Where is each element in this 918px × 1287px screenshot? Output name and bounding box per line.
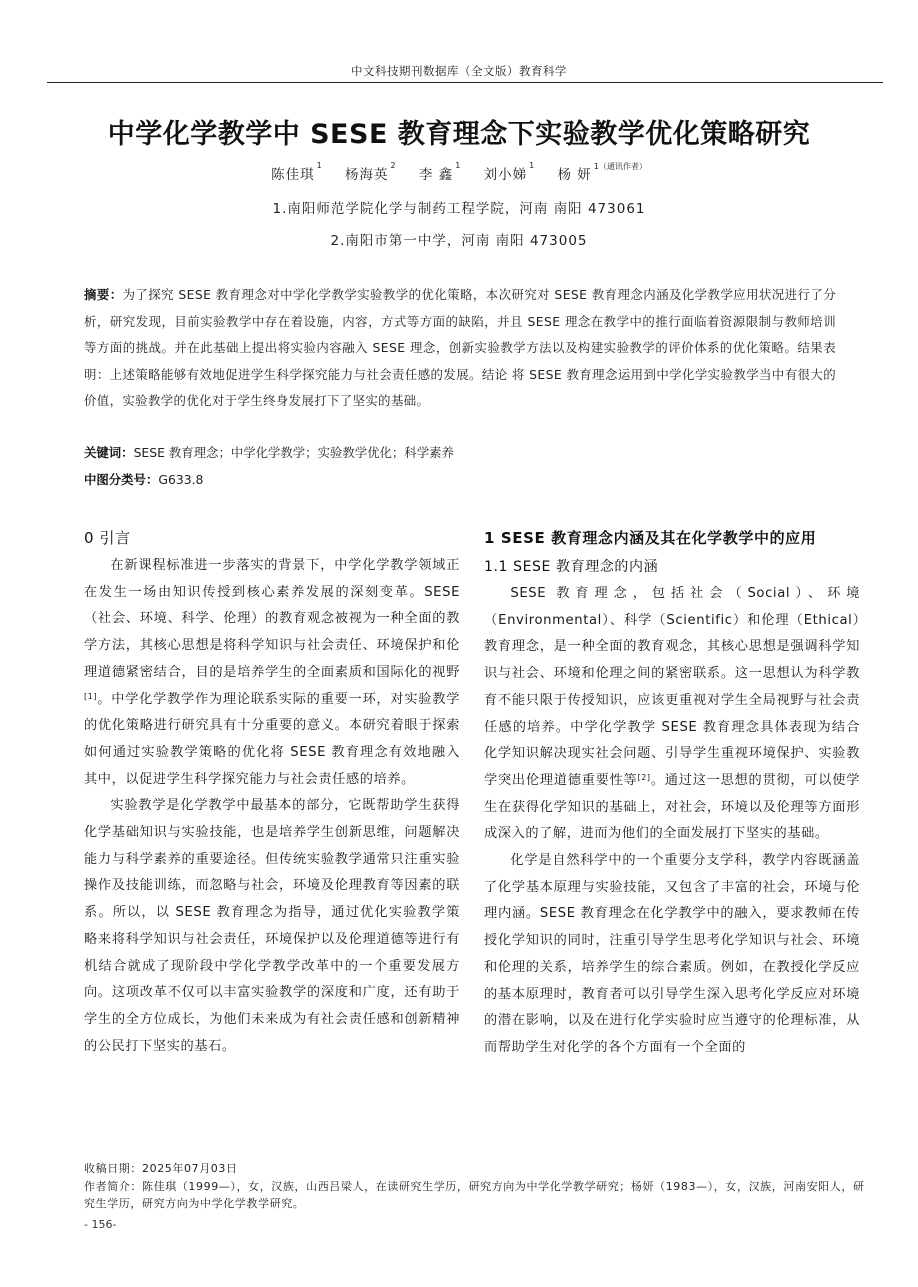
affiliation-2: 2.南阳市第一中学，河南 南阳 473005 bbox=[0, 229, 918, 249]
classification-number: 中图分类号：G633.8 bbox=[84, 470, 836, 488]
author: 杨 妍1（通讯作者） bbox=[557, 167, 646, 183]
author-affiliation-mark: 2 bbox=[391, 161, 396, 170]
author-affiliation-mark: 1 bbox=[529, 161, 534, 170]
author-intro-text: 陈佳琪（1999—），女，汉族，山西吕梁人，在读研究生学历，研究方向为中学化学教… bbox=[84, 1180, 865, 1211]
section-heading-1: 1 SESE 教育理念内涵及其在化学教学中的应用 bbox=[484, 525, 860, 551]
abstract-label: 摘要： bbox=[84, 287, 123, 302]
author-affiliation-mark: 1 bbox=[317, 161, 322, 170]
abstract: 摘要：为了探究 SESE 教育理念对中学化学教学实验教学的优化策略，本次研究对 … bbox=[84, 282, 836, 415]
paragraph-text: SESE 教育理念，包括社会（Social）、环境（Environmental）… bbox=[484, 586, 860, 788]
paragraph-text: 在新课程标准进一步落实的背景下，中学化学教学领域正在发生一场由知识传授到核心素养… bbox=[84, 558, 460, 680]
header-rule bbox=[47, 82, 883, 83]
keywords: 关键词：SESE 教育理念；中学化学教学；实验教学优化；科学素养 bbox=[84, 443, 836, 461]
received-date-line: 收稿日期：2025年07月03日 bbox=[84, 1160, 874, 1178]
author: 杨海英2 bbox=[345, 167, 396, 183]
author: 李 鑫1 bbox=[419, 167, 460, 183]
keywords-label: 关键词： bbox=[84, 445, 134, 460]
running-header: 中文科技期刊数据库（全文版）教育科学 bbox=[84, 63, 834, 79]
author-name: 陈佳琪 bbox=[271, 167, 315, 183]
left-column: 0 引言 在新课程标准进一步落实的背景下，中学化学教学领域正在发生一场由知识传授… bbox=[84, 525, 460, 1060]
received-label: 收稿日期： bbox=[84, 1162, 142, 1175]
citation-ref[interactable]: [1] bbox=[84, 692, 97, 701]
citation-ref[interactable]: [2] bbox=[638, 773, 651, 782]
paragraph-text: 。中学化学教学作为理论联系实际的重要一环，对实验教学的优化策略进行研究具有十分重… bbox=[84, 692, 460, 787]
author-list: 陈佳琪1 杨海英2 李 鑫1 刘小娣1 杨 妍1（通讯作者） bbox=[0, 163, 918, 183]
corresponding-author-mark: 1（通讯作者） bbox=[594, 162, 647, 171]
author-intro-line: 作者简介：陈佳琪（1999—），女，汉族，山西吕梁人，在读研究生学历，研究方向为… bbox=[84, 1178, 874, 1213]
page-number: - 156- bbox=[84, 1218, 116, 1231]
author: 刘小娣1 bbox=[484, 167, 535, 183]
received-date: 2025年07月03日 bbox=[142, 1162, 238, 1175]
author-affiliation-mark: 1 bbox=[455, 161, 460, 170]
author-intro-label: 作者简介： bbox=[84, 1180, 142, 1193]
author: 陈佳琪1 bbox=[271, 167, 322, 183]
classification-label: 中图分类号： bbox=[84, 472, 158, 487]
author-name: 刘小娣 bbox=[484, 167, 528, 183]
body-paragraph: 实验教学是化学教学中最基本的部分，它既帮助学生获得化学基础知识与实验技能，也是培… bbox=[84, 793, 460, 1060]
classification-value: G633.8 bbox=[158, 472, 203, 487]
author-name: 李 鑫 bbox=[419, 167, 453, 183]
body-paragraph: 化学是自然科学中的一个重要分支学科，教学内容既涵盖了化学基本原理与实验技能，又包… bbox=[484, 848, 860, 1062]
author-name: 杨海英 bbox=[345, 167, 389, 183]
section-heading-introduction: 0 引言 bbox=[84, 525, 460, 551]
footnote: 收稿日期：2025年07月03日 作者简介：陈佳琪（1999—），女，汉族，山西… bbox=[84, 1160, 874, 1213]
keywords-text: SESE 教育理念；中学化学教学；实验教学优化；科学素养 bbox=[134, 445, 454, 460]
right-column: 1 SESE 教育理念内涵及其在化学教学中的应用 1.1 SESE 教育理念的内… bbox=[484, 525, 860, 1062]
author-name: 杨 妍 bbox=[557, 167, 591, 183]
paper-title: 中学化学教学中 SESE 教育理念下实验教学优化策略研究 bbox=[0, 112, 918, 151]
body-paragraph: SESE 教育理念，包括社会（Social）、环境（Environmental）… bbox=[484, 581, 860, 848]
subsection-heading-1-1: 1.1 SESE 教育理念的内涵 bbox=[484, 553, 860, 581]
paper-page: 中文科技期刊数据库（全文版）教育科学 中学化学教学中 SESE 教育理念下实验教… bbox=[0, 0, 918, 1287]
abstract-text: 为了探究 SESE 教育理念对中学化学教学实验教学的优化策略，本次研究对 SES… bbox=[84, 287, 836, 408]
body-paragraph: 在新课程标准进一步落实的背景下，中学化学教学领域正在发生一场由知识传授到核心素养… bbox=[84, 553, 460, 793]
affiliation-1: 1.南阳师范学院化学与制药工程学院，河南 南阳 473061 bbox=[0, 197, 918, 217]
